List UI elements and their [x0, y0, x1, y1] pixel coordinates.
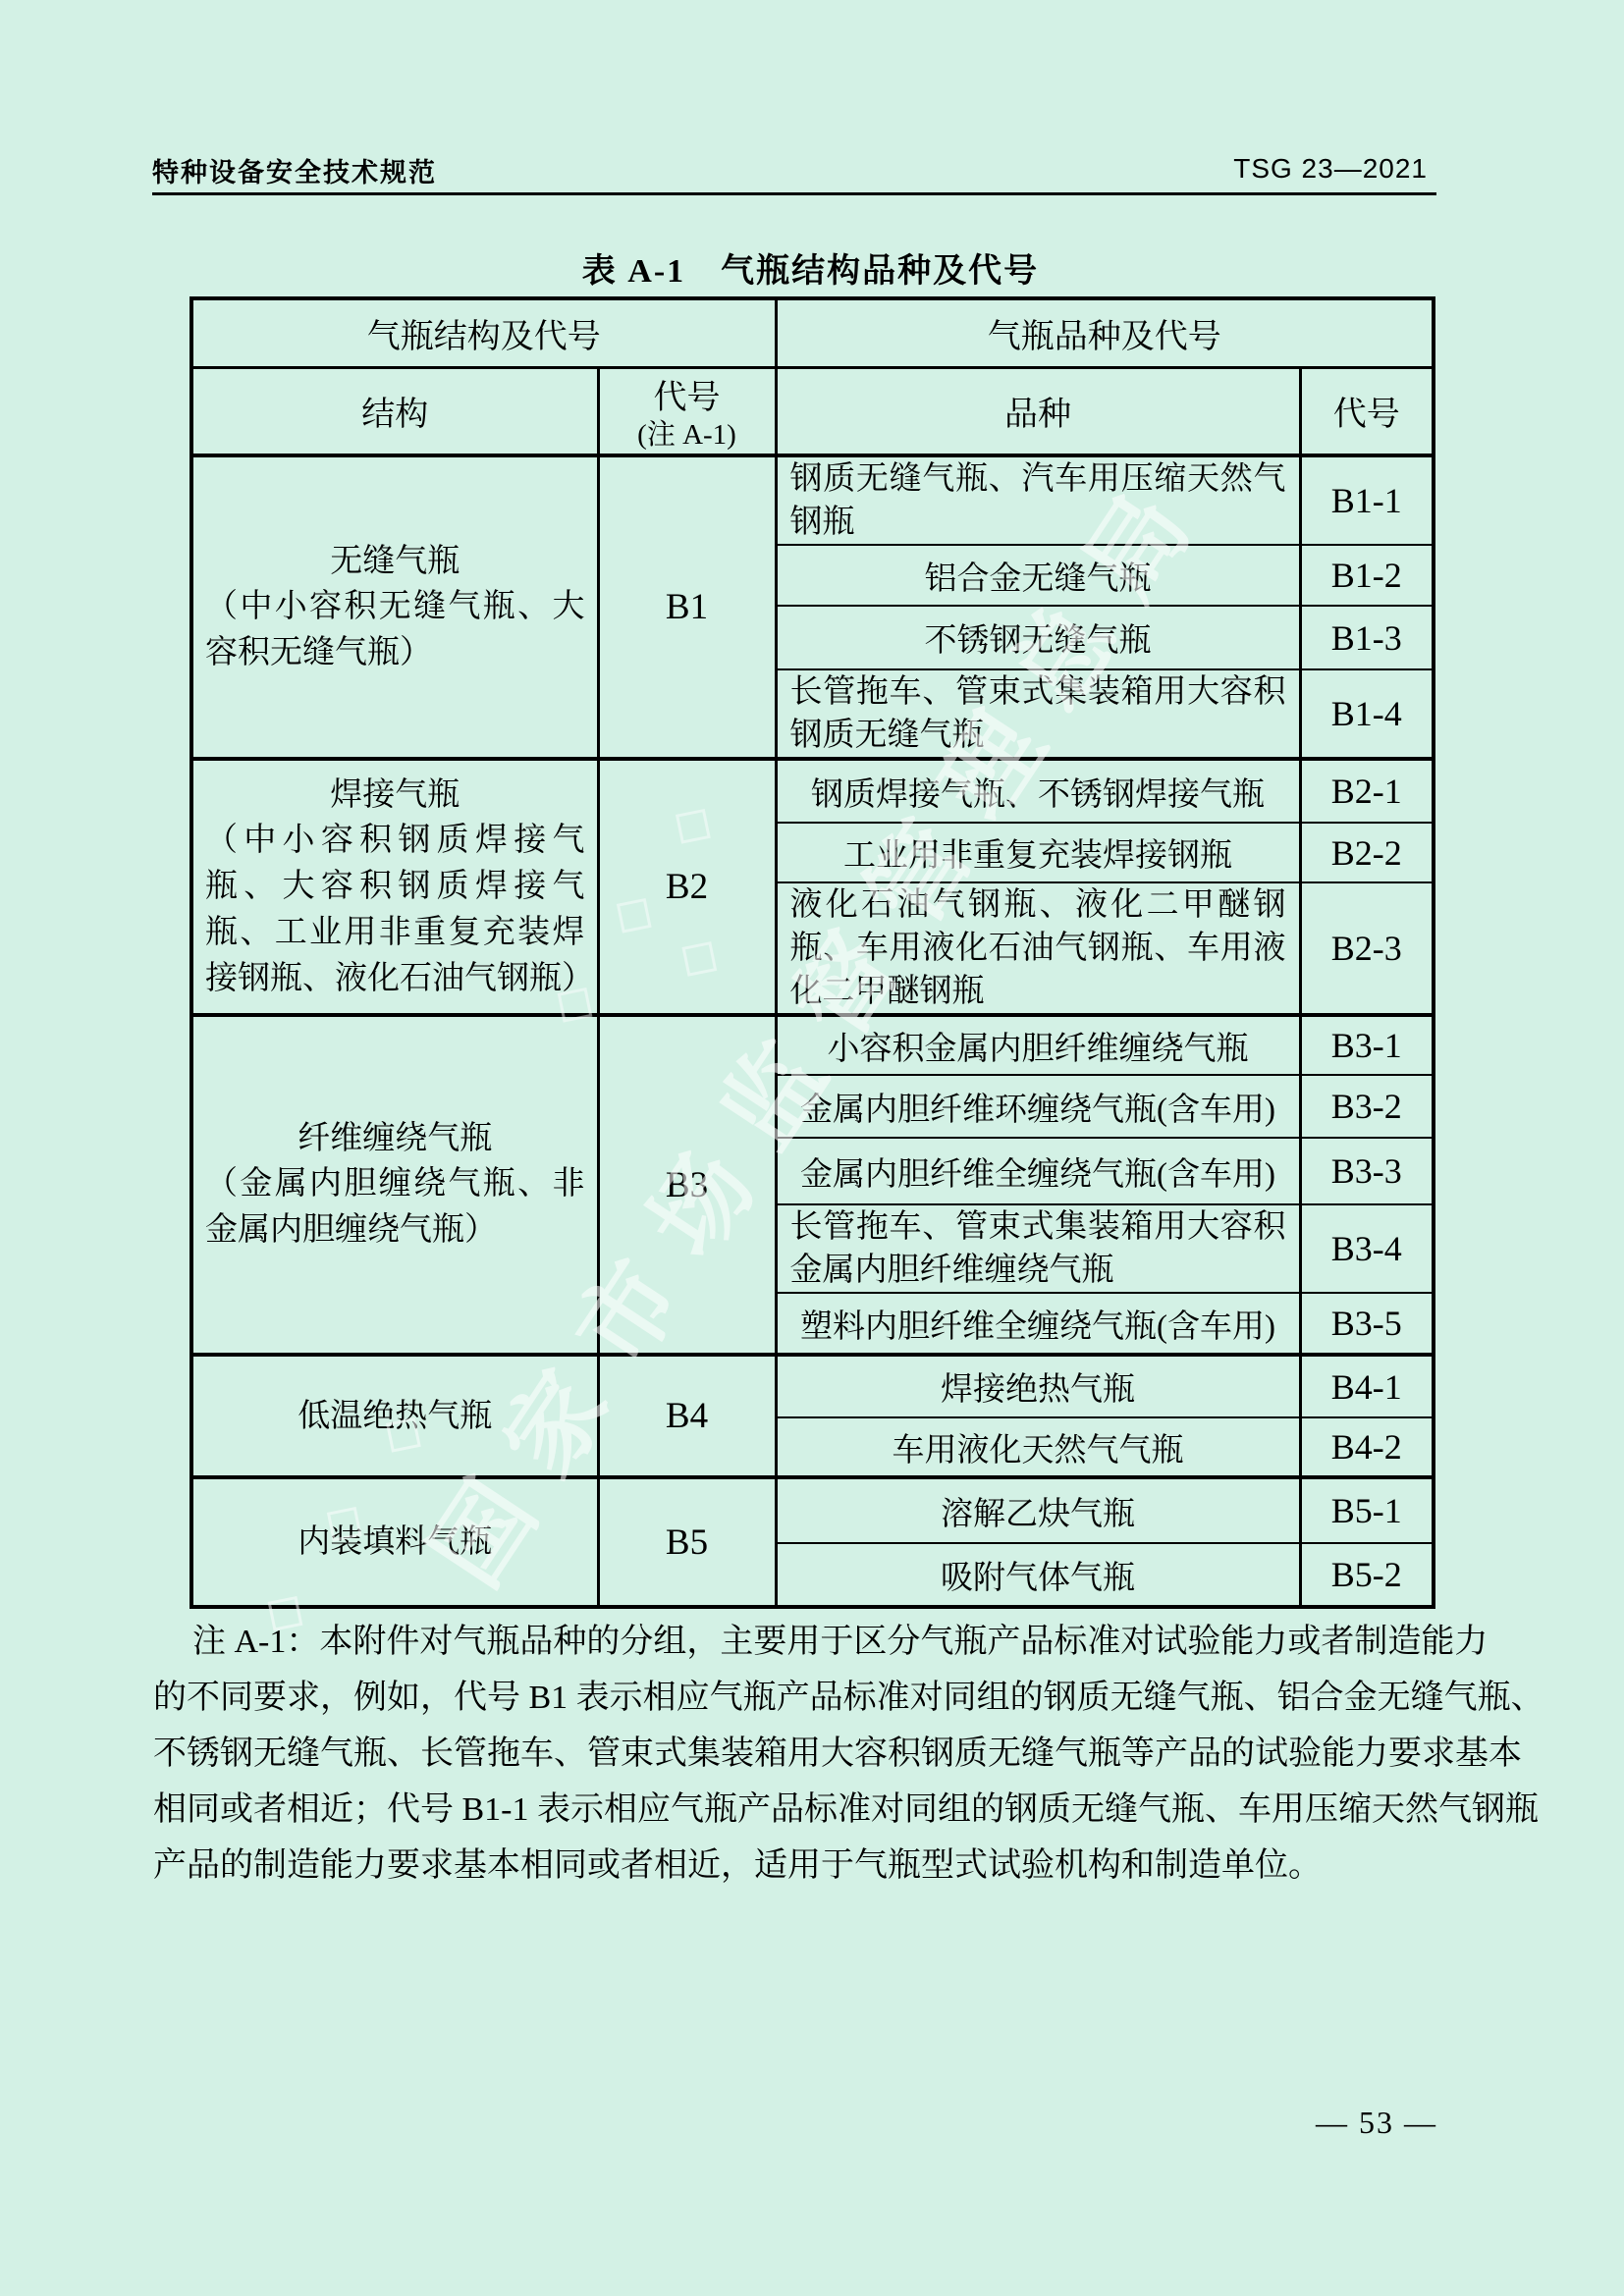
variety-cell: 金属内胆纤维全缠绕气瓶(含车用) [776, 1138, 1300, 1204]
variety-code-cell: B4-2 [1300, 1417, 1434, 1477]
variety-cell: 钢质焊接气瓶、不锈钢焊接气瓶 [776, 759, 1300, 823]
variety-code-cell: B3-3 [1300, 1138, 1434, 1204]
structure-detail: （中小容积钢质焊接气瓶、大容积钢质焊接气瓶、工业用非重复充装焊接钢瓶、液化石油气… [193, 818, 597, 1002]
table-row: 无缝气瓶（中小容积无缝气瓶、大容积无缝气瓶）B1钢质无缝气瓶、汽车用压缩天然气钢… [191, 455, 1434, 545]
table-row: 低温绝热气瓶B4焊接绝热气瓶B4-1 [191, 1355, 1434, 1417]
document-page: 特种设备安全技术规范 TSG 23—2021 表 A-1 气瓶结构品种及代号 气… [0, 0, 1624, 2296]
table-row: 焊接气瓶（中小容积钢质焊接气瓶、大容积钢质焊接气瓶、工业用非重复充装焊接钢瓶、液… [191, 759, 1434, 823]
structure-code-label: 代号 [654, 380, 721, 416]
variety-cell: 吸附气体气瓶 [776, 1543, 1300, 1607]
structure-cell: 纤维缠绕气瓶（金属内胆缠绕气瓶、非金属内胆缠绕气瓶） [191, 1015, 598, 1355]
variety-code-cell: B4-1 [1300, 1355, 1434, 1417]
group-header-variety: 气瓶品种及代号 [776, 298, 1434, 367]
variety-code-cell: B1-2 [1300, 545, 1434, 606]
group-header-row: 气瓶结构及代号 气瓶品种及代号 [191, 298, 1434, 367]
structure-cell: 无缝气瓶（中小容积无缝气瓶、大容积无缝气瓶） [191, 455, 598, 759]
variety-cell: 金属内胆纤维环缠绕气瓶(含车用) [776, 1075, 1300, 1138]
structure-title: 焊接气瓶 [193, 773, 597, 818]
variety-code-cell: B3-5 [1300, 1293, 1434, 1355]
cylinder-type-table: 气瓶结构及代号 气瓶品种及代号 结构 代号 (注 A-1) 品种 代号 无缝气瓶… [189, 296, 1435, 1609]
note-line: 产品的制造能力要求基本相同或者相近，适用于气瓶型式试验机构和制造单位。 [153, 1838, 1481, 1894]
variety-cell: 不锈钢无缝气瓶 [776, 606, 1300, 669]
variety-cell: 小容积金属内胆纤维缠绕气瓶 [776, 1015, 1300, 1075]
note-line: 注 A-1：本附件对气瓶品种的分组，主要用于区分气瓶产品标准对试验能力或者制造能… [153, 1614, 1481, 1670]
column-header-variety: 品种 [776, 367, 1300, 455]
variety-cell: 铝合金无缝气瓶 [776, 545, 1300, 606]
structure-detail: （中小容积无缝气瓶、大容积无缝气瓶） [193, 584, 597, 676]
structure-code-note: (注 A-1) [600, 418, 775, 453]
structure-title: 内装填料气瓶 [193, 1520, 597, 1565]
variety-code-cell: B2-1 [1300, 759, 1434, 823]
table-row: 纤维缠绕气瓶（金属内胆缠绕气瓶、非金属内胆缠绕气瓶）B3小容积金属内胆纤维缠绕气… [191, 1015, 1434, 1075]
variety-code-cell: B2-3 [1300, 882, 1434, 1015]
variety-code-cell: B5-1 [1300, 1477, 1434, 1543]
note-line: 的不同要求，例如，代号 B1 表示相应气瓶产品标准对同组的钢质无缝气瓶、铝合金无… [153, 1670, 1481, 1726]
structure-cell: 低温绝热气瓶 [191, 1355, 598, 1477]
table-note: 注 A-1：本附件对气瓶品种的分组，主要用于区分气瓶产品标准对试验能力或者制造能… [153, 1614, 1481, 1894]
structure-code-value: B5 [598, 1477, 776, 1607]
structure-code-value: B3 [598, 1015, 776, 1355]
variety-cell: 溶解乙炔气瓶 [776, 1477, 1300, 1543]
structure-code-value: B4 [598, 1355, 776, 1477]
variety-code-cell: B3-4 [1300, 1204, 1434, 1293]
structure-detail: （金属内胆缠绕气瓶、非金属内胆缠绕气瓶） [193, 1161, 597, 1254]
note-line: 相同或者相近；代号 B1-1 表示相应气瓶产品标准对同组的钢质无缝气瓶、车用压缩… [153, 1782, 1481, 1838]
table-row: 内装填料气瓶B5溶解乙炔气瓶B5-1 [191, 1477, 1434, 1543]
running-header-right: TSG 23—2021 [1233, 153, 1428, 185]
header-rule [152, 192, 1436, 195]
variety-cell: 焊接绝热气瓶 [776, 1355, 1300, 1417]
variety-cell: 工业用非重复充装焊接钢瓶 [776, 823, 1300, 882]
structure-title: 低温绝热气瓶 [193, 1394, 597, 1439]
structure-code-value: B2 [598, 759, 776, 1015]
variety-code-cell: B2-2 [1300, 823, 1434, 882]
group-header-structure: 气瓶结构及代号 [191, 298, 776, 367]
table-title: 表 A-1 气瓶结构品种及代号 [189, 243, 1432, 292]
variety-cell: 液化石油气钢瓶、液化二甲醚钢瓶、车用液化石油气钢瓶、车用液化二甲醚钢瓶 [776, 882, 1300, 1015]
page-number: — 53 — [1316, 2105, 1437, 2141]
variety-code-cell: B1-4 [1300, 669, 1434, 759]
variety-code-cell: B5-2 [1300, 1543, 1434, 1607]
structure-title: 纤维缠绕气瓶 [193, 1116, 597, 1161]
column-header-row: 结构 代号 (注 A-1) 品种 代号 [191, 367, 1434, 455]
column-header-structure: 结构 [191, 367, 598, 455]
variety-code-cell: B3-1 [1300, 1015, 1434, 1075]
variety-code-cell: B1-3 [1300, 606, 1434, 669]
column-header-structure-code: 代号 (注 A-1) [598, 367, 776, 455]
structure-cell: 内装填料气瓶 [191, 1477, 598, 1607]
note-line: 不锈钢无缝气瓶、长管拖车、管束式集装箱用大容积钢质无缝气瓶等产品的试验能力要求基… [153, 1726, 1481, 1782]
variety-cell: 钢质无缝气瓶、汽车用压缩天然气钢瓶 [776, 455, 1300, 545]
variety-code-cell: B3-2 [1300, 1075, 1434, 1138]
variety-cell: 塑料内胆纤维全缠绕气瓶(含车用) [776, 1293, 1300, 1355]
structure-cell: 焊接气瓶（中小容积钢质焊接气瓶、大容积钢质焊接气瓶、工业用非重复充装焊接钢瓶、液… [191, 759, 598, 1015]
variety-cell: 车用液化天然气气瓶 [776, 1417, 1300, 1477]
structure-code-value: B1 [598, 455, 776, 759]
structure-title: 无缝气瓶 [193, 539, 597, 584]
variety-cell: 长管拖车、管束式集装箱用大容积金属内胆纤维缠绕气瓶 [776, 1204, 1300, 1293]
column-header-variety-code: 代号 [1300, 367, 1434, 455]
variety-code-cell: B1-1 [1300, 455, 1434, 545]
running-header-left: 特种设备安全技术规范 [152, 151, 437, 189]
variety-cell: 长管拖车、管束式集装箱用大容积钢质无缝气瓶 [776, 669, 1300, 759]
